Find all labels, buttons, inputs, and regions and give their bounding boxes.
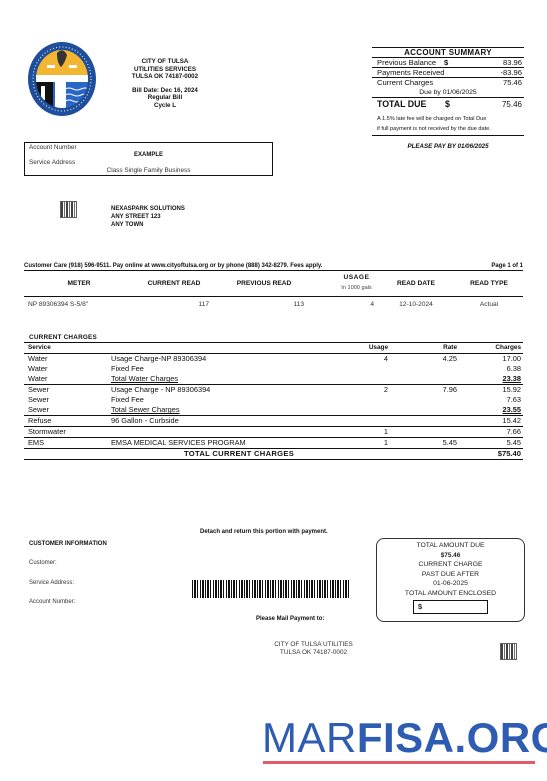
detach-note: Detach and return this portion with paym… <box>200 529 328 535</box>
total-current-charges-value: $75.40 <box>458 449 523 460</box>
charge-row: SewerFixed Fee7.63 <box>24 395 523 405</box>
charge-amount: 7.66 <box>458 427 523 438</box>
payments-received-row: Payments Received -83.96 <box>372 68 524 78</box>
current-charge-label: CURRENT CHARGE <box>377 560 524 570</box>
col-read-type: READ TYPE <box>454 280 524 287</box>
total-current-charges-label: TOTAL CURRENT CHARGES <box>24 449 458 460</box>
charges-table: Service Usage Rate Charges WaterUsage Ch… <box>24 342 523 460</box>
col-read-date: READ DATE <box>386 280 446 287</box>
charge-service: Water <box>24 374 110 385</box>
meter-table-header: METER CURRENT READ PREVIOUS READ USAGE I… <box>24 272 523 297</box>
charge-amount: 5.45 <box>458 438 523 449</box>
bill-date: Bill Date: Dec 16, 2024 <box>105 87 225 95</box>
charge-row: WaterTotal Water Charges23.38 <box>24 374 523 385</box>
charge-description: Fixed Fee <box>110 364 310 374</box>
amount-enclosed-label: TOTAL AMOUNT ENCLOSED <box>377 589 524 599</box>
charge-row: Refuse96 Gallon - Curbside15.42 <box>24 416 523 427</box>
col-previous-read: PREVIOUS READ <box>224 280 304 287</box>
customer-care-line: Customer Care (918) 596-9511. Pay online… <box>24 263 523 271</box>
charge-rate: 4.25 <box>388 354 458 365</box>
charge-rate: 5.45 <box>388 438 458 449</box>
charge-usage <box>310 374 388 385</box>
charge-rate <box>388 416 458 427</box>
remit-line-2: TULSA OK 74187-0002 <box>255 649 372 657</box>
utility-header: CITY OF TULSA UTILITIES SERVICES TULSA O… <box>105 58 225 110</box>
charge-usage: 4 <box>310 354 388 365</box>
mailing-name: NEXASPARK SOLUTIONS <box>111 205 185 213</box>
org-line-1: CITY OF TULSA <box>105 58 225 66</box>
past-due-date: 01-06-2025 <box>377 579 524 589</box>
current-charges-value: 75.46 <box>482 78 522 88</box>
past-due-after-label: PAST DUE AFTER <box>377 570 524 580</box>
total-due-label: TOTAL DUE <box>377 98 445 111</box>
current-charges-title: CURRENT CHARGES <box>29 334 97 341</box>
mailing-address: NEXASPARK SOLUTIONS ANY STREET 123 ANY T… <box>111 205 185 229</box>
charge-rate <box>388 374 458 385</box>
charge-row: WaterUsage Charge-NP 8930639444.2517.00 <box>24 354 523 365</box>
current-charges-row: Current Charges 75.46 <box>372 78 524 88</box>
customer-info-title: CUSTOMER INFORMATION <box>29 541 107 547</box>
stub-service-address-label: Service Address: <box>29 580 74 586</box>
charge-row: SewerTotal Sewer Charges23.55 <box>24 405 523 416</box>
current-read: 117 <box>174 301 209 308</box>
charge-usage: 1 <box>310 427 388 438</box>
payments-received-value: -83.96 <box>482 68 522 77</box>
charge-service: EMS <box>24 438 110 449</box>
account-number-value: EXAMPLE <box>25 152 272 158</box>
charge-service: Sewer <box>24 395 110 405</box>
previous-balance-currency: $ <box>444 58 482 67</box>
charge-service: Water <box>24 354 110 365</box>
usage: 4 <box>354 301 374 308</box>
read-date: 12-10-2024 <box>396 301 436 308</box>
charge-service: Water <box>24 364 110 374</box>
org-line-3: TULSA OK 74187-0002 <box>105 73 225 81</box>
charge-description: 96 Gallon - Curbside <box>110 416 310 427</box>
bill-type: Regular Bill <box>105 94 225 102</box>
watermark-text-bold: FISA.ORG <box>357 714 547 761</box>
meter-id: NP 89306394 S-5/8" <box>28 301 88 308</box>
remit-address: CITY OF TULSA UTILITIES TULSA OK 74187-0… <box>255 641 372 657</box>
charge-description: Total Water Charges <box>110 374 310 385</box>
charge-service: Stormwater <box>24 427 110 438</box>
charge-usage: 2 <box>310 385 388 396</box>
charge-description: Usage Charge-NP 89306394 <box>110 354 310 365</box>
billing-cycle: Cycle L <box>105 102 225 110</box>
charge-usage <box>310 364 388 374</box>
charge-usage <box>310 416 388 427</box>
account-info-box: Account Number EXAMPLE Service Address C… <box>24 142 273 176</box>
late-fee-note-line-1: A 1.5% late fee will be charged on Total… <box>377 115 519 125</box>
previous-balance-value: 83.96 <box>482 58 522 67</box>
mail-payment-to: Please Mail Payment to: <box>256 616 324 622</box>
charge-amount: 7.63 <box>458 395 523 405</box>
charge-description <box>110 427 310 438</box>
late-fee-note: A 1.5% late fee will be charged on Total… <box>372 111 524 136</box>
due-by: Due by 01/06/2025 <box>372 88 524 98</box>
charge-description: Total Sewer Charges <box>110 405 310 416</box>
charge-rate <box>388 427 458 438</box>
charge-service: Refuse <box>24 416 110 427</box>
charge-rate <box>388 364 458 374</box>
total-due-value: 75.46 <box>482 98 522 111</box>
late-fee-note-line-2: if full payment is not received by the d… <box>377 125 519 135</box>
read-type: Actual <box>464 301 514 308</box>
charge-usage <box>310 405 388 416</box>
customer-care-text: Customer Care (918) 596-9511. Pay online… <box>24 263 322 269</box>
previous-read: 113 <box>269 301 304 308</box>
qr-code-icon <box>500 643 517 660</box>
col-current-read: CURRENT READ <box>134 280 214 287</box>
watermark-underline <box>263 761 535 764</box>
qr-code-icon <box>60 201 77 218</box>
service-address-label: Service Address <box>29 159 75 166</box>
charge-rate: 7.96 <box>388 385 458 396</box>
watermark-text-thin: MAR <box>262 714 357 761</box>
charge-amount: 23.38 <box>458 374 523 385</box>
mailing-street: ANY STREET 123 <box>111 213 185 221</box>
mailing-town: ANY TOWN <box>111 221 185 229</box>
previous-balance-row: Previous Balance $ 83.96 <box>372 58 524 68</box>
payment-box: TOTAL AMOUNT DUE $75.46 CURRENT CHARGE P… <box>376 538 525 622</box>
remit-line-1: CITY OF TULSA UTILITIES <box>255 641 372 649</box>
charge-rate <box>388 405 458 416</box>
total-amount-due-value: $75.46 <box>377 551 524 561</box>
charge-usage: 1 <box>310 438 388 449</box>
charge-amount: 15.92 <box>458 385 523 396</box>
charge-usage <box>310 395 388 405</box>
customer-label: Customer: <box>29 560 57 566</box>
charge-description: EMSA MEDICAL SERVICES PROGRAM <box>110 438 310 449</box>
account-summary-title: ACCOUNT SUMMARY <box>372 47 524 58</box>
amount-enclosed-field[interactable]: $ <box>413 600 488 614</box>
page-number: Page 1 of 1 <box>491 263 523 269</box>
col-usage: Usage <box>310 343 388 354</box>
col-charges: Charges <box>458 343 523 354</box>
pay-by-notice: PLEASE PAY BY 01/06/2025 <box>372 143 524 150</box>
charge-row: WaterFixed Fee6.38 <box>24 364 523 374</box>
col-usage-unit: In 1000 gals <box>324 285 389 291</box>
charge-row: EMSEMSA MEDICAL SERVICES PROGRAM15.455.4… <box>24 438 523 449</box>
previous-balance-label: Previous Balance <box>377 58 444 67</box>
charge-row: Stormwater17.66 <box>24 427 523 438</box>
org-line-2: UTILITIES SERVICES <box>105 66 225 74</box>
charge-description: Usage Charge - NP 89306394 <box>110 385 310 396</box>
account-number-label: Account Number <box>29 144 77 151</box>
total-amount-due-label: TOTAL AMOUNT DUE <box>377 541 524 551</box>
stub-account-number-label: Account Number: <box>29 599 75 605</box>
charge-row: SewerUsage Charge - NP 8930639427.9615.9… <box>24 385 523 396</box>
barcode-icon <box>192 580 349 598</box>
charge-service: Sewer <box>24 405 110 416</box>
charge-rate <box>388 395 458 405</box>
charge-amount: 23.55 <box>458 405 523 416</box>
total-due-currency: $ <box>445 98 482 111</box>
charge-service: Sewer <box>24 385 110 396</box>
col-rate: Rate <box>388 343 458 354</box>
charge-amount: 6.38 <box>458 364 523 374</box>
charge-amount: 17.00 <box>458 354 523 365</box>
charge-description: Fixed Fee <box>110 395 310 405</box>
service-class: Class Single Family Business <box>25 167 272 174</box>
col-usage: USAGE <box>324 274 389 281</box>
total-due-row: TOTAL DUE $ 75.46 <box>372 98 524 111</box>
col-meter: METER <box>44 280 114 287</box>
current-charges-label: Current Charges <box>377 78 482 88</box>
total-current-charges-row: TOTAL CURRENT CHARGES $75.40 <box>24 449 523 460</box>
account-summary: ACCOUNT SUMMARY Previous Balance $ 83.96… <box>372 47 524 136</box>
charge-amount: 15.42 <box>458 416 523 427</box>
watermark-logo: MARFISA.ORG <box>262 716 547 760</box>
col-service: Service <box>24 343 110 354</box>
city-of-tulsa-seal-icon <box>27 41 97 117</box>
payments-received-label: Payments Received <box>377 68 482 77</box>
